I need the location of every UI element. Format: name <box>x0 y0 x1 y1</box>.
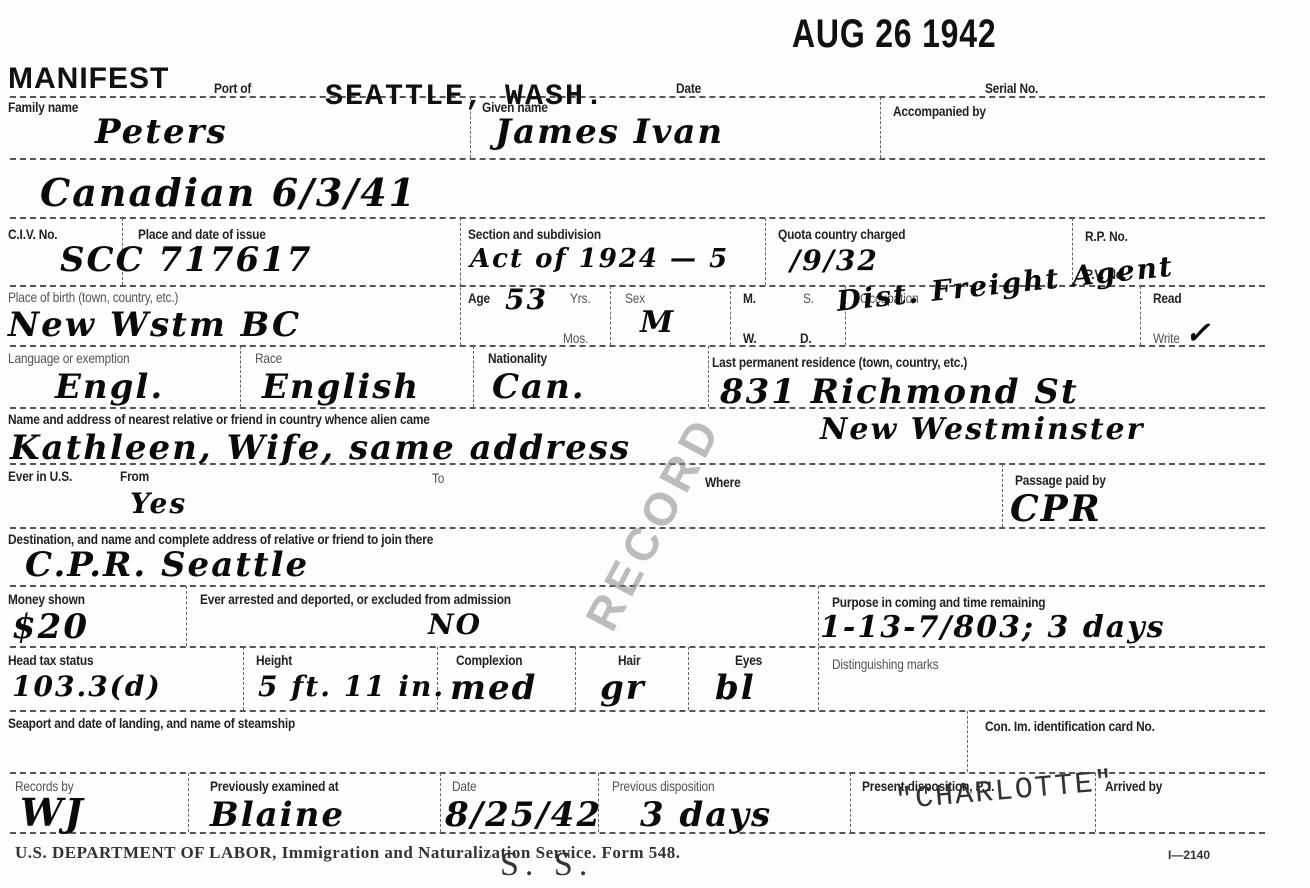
place-of-birth-label: Place of birth (town, country, etc.) <box>8 289 178 305</box>
previous-disposition-value: 3 days <box>640 795 772 835</box>
ever-arrested-label: Ever arrested and deported, or excluded … <box>200 591 511 607</box>
money-shown-value: $20 <box>12 607 89 647</box>
ever-in-us-from-label: From <box>120 468 149 484</box>
civ-no-label: C.I.V. No. <box>8 226 57 242</box>
quota-country-value: /9/32 <box>790 244 879 277</box>
nationality-value: Can. <box>492 367 586 407</box>
date2-value: 8/25/42 <box>445 795 602 835</box>
language-value: Engl. <box>55 367 164 407</box>
passage-paid-label: Passage paid by <box>1015 472 1106 488</box>
seaport-label: Seaport and date of landing, and name of… <box>8 715 295 731</box>
continuation-value: Canadian 6/3/41 <box>40 170 417 215</box>
nearest-relative-value-right: New Westminster <box>820 412 1144 447</box>
ever-in-us-value: Yes <box>130 487 187 520</box>
sex-label: Sex <box>625 290 645 306</box>
port-label: Port of <box>214 80 251 96</box>
nearest-relative-label: Name and address of nearest relative or … <box>8 411 430 427</box>
date-label: Date <box>676 80 701 96</box>
section-value: Act of 1924 — 5 <box>470 244 729 274</box>
write-label: Write <box>1153 330 1180 346</box>
marital-d: D. <box>800 330 812 346</box>
date2-label: Date <box>452 778 476 794</box>
con-im-label: Con. Im. identification card No. <box>985 718 1155 734</box>
destination-value: C.P.R. Seattle <box>25 545 309 585</box>
height-value: 5 ft. 11 in. <box>258 670 445 703</box>
hair-label: Hair <box>618 652 640 668</box>
language-label: Language or exemption <box>8 350 129 366</box>
port-value: SEATTLE, WASH. <box>325 80 605 114</box>
height-label: Height <box>256 652 292 668</box>
marital-m: M. <box>743 290 756 306</box>
age-label: Age <box>468 290 490 306</box>
marital-s: S. <box>803 290 814 306</box>
place-date-issue-value: SCC 717617 <box>60 240 312 280</box>
head-tax-value: 103.3(d) <box>12 670 162 703</box>
marital-w: W. <box>743 330 757 346</box>
occupation-value: Dist. Freight Agent <box>835 250 1175 318</box>
nationality-label: Nationality <box>488 350 547 366</box>
sex-value: M <box>640 305 675 340</box>
serial-label: Serial No. <box>985 80 1038 96</box>
place-of-birth-value: New Wstm BC <box>8 305 301 345</box>
family-name-label: Family name <box>8 99 78 115</box>
rp-no-label: R.P. No. <box>1085 228 1128 244</box>
family-name-value: Peters <box>95 112 228 152</box>
previously-examined-label: Previously examined at <box>210 778 339 794</box>
distinguishing-marks-label: Distinguishing marks <box>832 656 938 672</box>
form-number: I—2140 <box>1168 848 1210 862</box>
complexion-value: med <box>450 668 537 708</box>
ever-in-us-to-label: To <box>432 470 444 486</box>
manifest-card: MANIFEST Port of SEATTLE, WASH. Date AUG… <box>0 0 1310 888</box>
passage-paid-value: CPR <box>1010 488 1102 530</box>
age-value: 53 <box>505 283 548 316</box>
last-residence-value: 831 Richmond St <box>720 372 1079 412</box>
read-write-check: ✓ <box>1185 316 1212 351</box>
ever-arrested-value: NO <box>428 608 482 641</box>
ever-in-us-label: Ever in U.S. <box>8 468 72 484</box>
quota-country-label: Quota country charged <box>778 226 905 242</box>
complexion-label: Complexion <box>456 652 522 668</box>
nearest-relative-value: Kathleen, Wife, same address <box>10 428 631 468</box>
money-shown-label: Money shown <box>8 591 85 607</box>
age-yrs-label: Yrs. <box>570 290 590 306</box>
purpose-value: 1-13-7/803; 3 days <box>820 610 1166 645</box>
last-residence-label: Last permanent residence (town, country,… <box>712 354 967 370</box>
race-label: Race <box>255 350 282 366</box>
hair-value: gr <box>600 668 646 708</box>
race-value: English <box>262 367 420 407</box>
previous-disposition-label: Previous disposition <box>612 778 714 794</box>
previously-examined-value: Blaine <box>210 795 345 835</box>
form-title: MANIFEST <box>8 62 169 96</box>
department-footer: U.S. DEPARTMENT OF LABOR, Immigration an… <box>15 843 681 863</box>
section-label: Section and subdivision <box>468 226 601 242</box>
read-label: Read <box>1153 290 1181 306</box>
accompanied-by-label: Accompanied by <box>893 103 986 119</box>
given-name-value: James Ivan <box>495 112 724 152</box>
date-stamp: AUG 26 1942 <box>792 12 996 57</box>
age-mos-label: Mos. <box>563 330 588 346</box>
head-tax-label: Head tax status <box>8 652 93 668</box>
records-by-value: WJ <box>20 790 85 835</box>
